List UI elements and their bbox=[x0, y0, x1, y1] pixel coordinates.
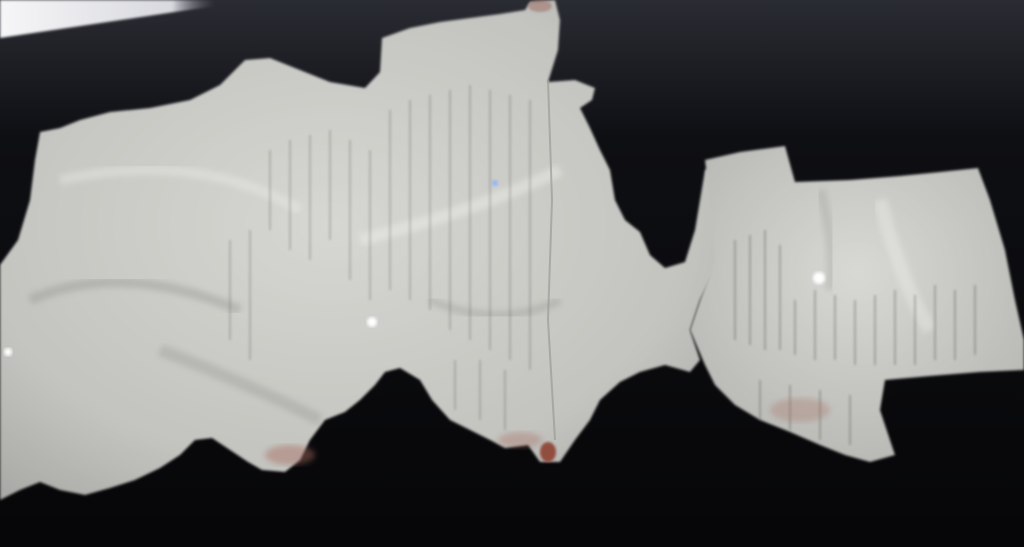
red-stain bbox=[528, 0, 552, 12]
manuscript-photo bbox=[0, 0, 1024, 547]
red-stain bbox=[498, 432, 542, 448]
red-stain bbox=[540, 442, 556, 462]
red-stain bbox=[265, 445, 315, 465]
red-stain bbox=[770, 398, 830, 422]
photo-scene: Photograph of torn, aged handwritten man… bbox=[0, 0, 1024, 547]
